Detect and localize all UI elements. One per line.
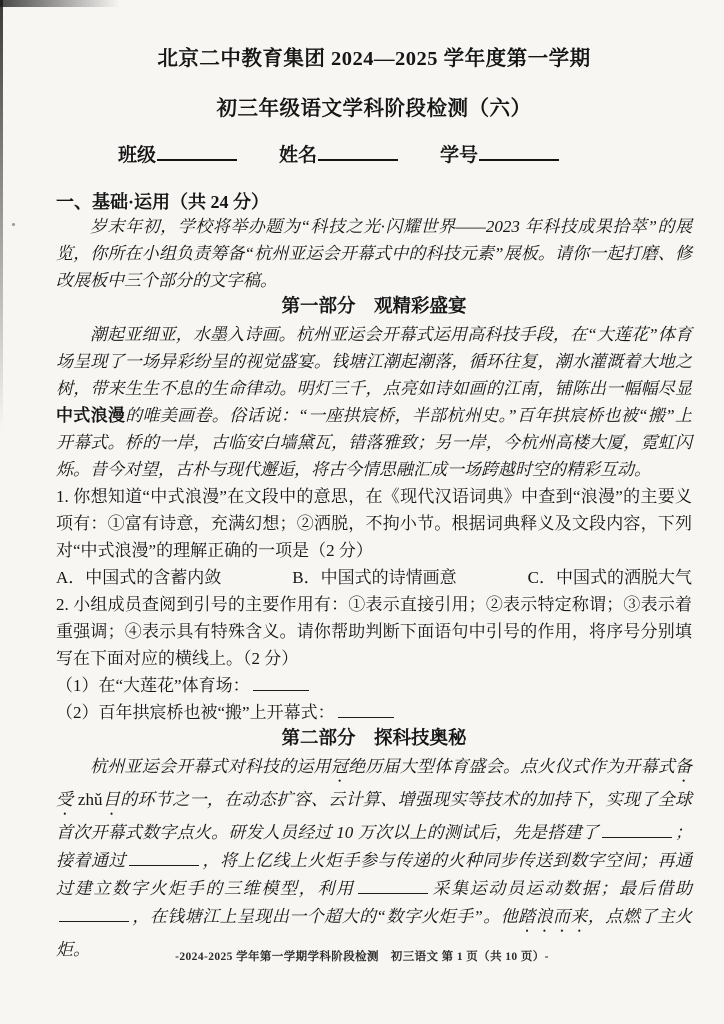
page-title: 北京二中教育集团 2024—2025 学年度第一学期 [56, 46, 692, 72]
part2-heading: 第二部分 探科技奥秘 [56, 726, 692, 753]
name-blank [318, 140, 398, 161]
dotted-chars: 踏浪而来 [518, 907, 588, 926]
answer-blank [253, 673, 309, 691]
class-blank [157, 140, 237, 161]
option-b: B．中国式的诗情画意 [292, 564, 456, 591]
answer-blank [129, 848, 199, 866]
name-field: 姓名 [279, 140, 398, 167]
part1-paragraph: 潮起亚细亚，水墨入诗画。杭州亚运会开幕式运用高科技手段，在“大莲花”体育场呈现了… [56, 321, 692, 483]
question-2: 2. 小组成员查阅到引号的主要作用有：①表示直接引用；②表示特定称谓；③表示着重… [56, 591, 692, 672]
class-field: 班级 [118, 140, 237, 167]
highlighted-term: 中式浪漫 [56, 406, 125, 425]
student-id-blank [479, 140, 559, 161]
answer-blank [602, 820, 672, 838]
part2-text-2: 绝历届大型体育盛会。点火仪式作为开幕式 [348, 757, 675, 776]
student-id-field: 学号 [440, 140, 559, 167]
part2-text-6: 采集运动员运动数据；最后借助 [431, 879, 692, 898]
part2-text-1: 杭州亚运会开幕式对科技的运用 [90, 757, 331, 776]
class-label: 班级 [118, 145, 156, 166]
answer-blank [358, 876, 428, 894]
item-1-text: （1）在“大莲花”体育场： [56, 676, 250, 695]
part1-text-2: 的唯美画卷。俗话说：“一座拱宸桥，半部杭州史。”百年拱宸桥也被“搬”上开幕式。桥… [56, 406, 692, 479]
option-c: C．中国式的洒脱大气 [528, 564, 692, 591]
page-footer: -2024-2025 学年第一学期学科阶段检测 初三语文 第 1 页（共 10 … [0, 948, 724, 964]
section-1-heading: 一、基础·运用（共 24 分） [56, 191, 692, 213]
question-2-item-2: （2）百年拱宸桥也被“搬”上开幕式： [56, 699, 692, 726]
question-1-options: A．中国式的含蓄内敛 B．中国式的诗情画意 C．中国式的洒脱大气 [56, 564, 692, 591]
answer-blank [338, 700, 394, 718]
page-subtitle: 初三年级语文学科阶段检测（六） [56, 96, 692, 122]
question-2-item-1: （1）在“大莲花”体育场： [56, 672, 692, 699]
intro-paragraph: 岁末年初，学校将举办题为“科技之光·闪耀世界——2023 年科技成果拾萃”的展览… [56, 213, 692, 294]
answer-blank [59, 904, 129, 922]
dotted-char: 目 [102, 790, 120, 809]
part1-heading: 第一部分 观精彩盛宴 [56, 294, 692, 321]
name-label: 姓名 [279, 145, 317, 166]
student-id-label: 学号 [440, 145, 478, 166]
item-2-text: （2）百年拱宸桥也被“搬”上开幕式： [56, 703, 335, 722]
student-info-row: 班级 姓名 学号 [56, 140, 692, 167]
part1-text-1: 潮起亚细亚，水墨入诗画。杭州亚运会开幕式运用高科技手段，在“大莲花”体育场呈现了… [56, 325, 692, 398]
part2-text-7: ，在钱塘江上呈现出一个超大的“数字火炬手”。他 [132, 907, 518, 926]
part2-paragraph: 杭州亚运会开幕式对科技的运用冠绝历届大型体育盛会。点火仪式作为开幕式备受 zhǔ… [56, 753, 692, 964]
option-a: A．中国式的含蓄内敛 [56, 564, 221, 591]
question-1: 1. 你想知道“中式浪漫”在文段中的意思，在《现代汉语词典》中查到“浪漫”的主要… [56, 483, 692, 564]
dotted-char: 冠 [331, 757, 348, 776]
pinyin-annotation: zhǔ [73, 790, 102, 809]
exam-page: 北京二中教育集团 2024—2025 学年度第一学期 初三年级语文学科阶段检测（… [0, 0, 724, 1024]
part2-text-3: 的环节之一，在动态扩容、云计算、增强现实等技术的加持下，实现了全球首次开幕式数字… [56, 790, 692, 842]
